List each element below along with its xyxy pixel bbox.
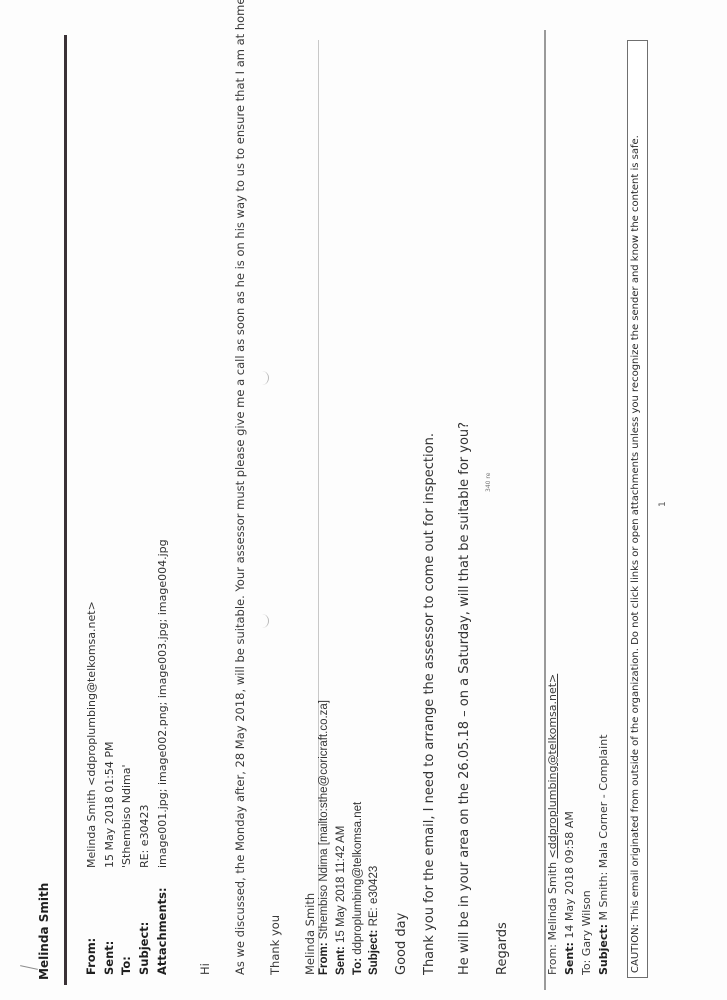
quoted-sent: Sent: 15 May 2018 11:42 AM (335, 826, 347, 975)
scanned-email-page: Melinda Smith From: Sent: To: Subject: A… (0, 0, 727, 1000)
quoted2-from: From: Melinda Smith <ddproplumbing@telko… (546, 674, 559, 975)
attachments-label: Attachments: (155, 887, 169, 975)
quoted2-to-label: To: (580, 960, 593, 975)
quoted2-from-email-link[interactable]: <ddproplumbing@telkomsa.net> (546, 674, 559, 859)
quoted-from: From: Sthembiso Ndima [mailto:sthe@coric… (318, 700, 330, 975)
quoted-sent-value: 15 May 2018 11:42 AM (335, 826, 347, 943)
quoted-greeting: Good day (394, 913, 409, 975)
sent-value: 15 May 2018 01:54 PM (103, 741, 116, 868)
from-value: Melinda Smith <ddproplumbing@telkomsa.ne… (85, 601, 98, 868)
quoted2-subject-label: Subject: (597, 924, 610, 975)
quoted-body-2: He will be in your area on the 26.05.18 … (457, 422, 472, 975)
from-label: From: (84, 938, 98, 975)
pen-mark (20, 965, 38, 970)
sent-label: Sent: (102, 941, 116, 975)
caution-banner: CAUTION: This email originated from outs… (627, 40, 648, 978)
quoted-closing: Regards (495, 922, 510, 975)
scan-artifact-arc (262, 371, 269, 385)
attachments-value[interactable]: image001.jpg; image002.png; image003.jpg… (156, 539, 169, 868)
quoted2-subject: Subject: M Smith: Mala Corner - Complain… (597, 734, 610, 975)
quoted-sent-label: Sent: (335, 946, 347, 975)
caution-text: CAUTION: This email originated from outs… (630, 135, 641, 973)
quoted2-to-value: Gary Wilson (580, 890, 593, 956)
header-divider (64, 35, 67, 985)
scan-artifact-text: 340 re (485, 473, 492, 492)
quoted-subject-label: Subject: (368, 930, 380, 975)
subject-label: Subject: (137, 922, 151, 975)
scan-artifact-arc (262, 614, 269, 628)
quoted2-to: To: Gary Wilson (580, 890, 593, 975)
to-value: 'Sthembiso Ndima' (120, 764, 133, 868)
quoted-subject-value: RE: e30423 (368, 866, 380, 927)
to-label: To: (119, 956, 133, 975)
quoted2-sent: Sent: 14 May 2018 09:58 AM (563, 811, 576, 975)
greeting: Hi (198, 963, 212, 975)
subject-value: RE: e30423 (138, 804, 151, 868)
document-title: Melinda Smith (37, 883, 51, 980)
quoted2-subject-value: M Smith: Mala Corner - Complaint (597, 734, 610, 920)
quoted-body-1: Thank you for the email, I need to arran… (422, 433, 437, 975)
quoted2-from-name: Melinda Smith (546, 858, 559, 940)
quoted-to-value[interactable]: ddproplumbing@telkomsa.net (352, 802, 364, 955)
quoted2-from-label: From: (546, 944, 559, 975)
signature: Melinda Smith (303, 893, 317, 975)
quoted-subject: Subject: RE: e30423 (368, 866, 380, 975)
quoted-from-label: From: (318, 942, 330, 975)
page-number: 1 (658, 501, 668, 507)
closing: Thank you (268, 915, 282, 975)
quoted-to-label: To: (352, 958, 364, 975)
quoted2-sent-value: 14 May 2018 09:58 AM (563, 811, 576, 938)
quoted-from-value[interactable]: Sthembiso Ndima [mailto:sthe@coricraft.c… (318, 700, 330, 939)
quoted2-sent-label: Sent: (563, 942, 576, 975)
quoted-to: To: ddproplumbing@telkomsa.net (352, 802, 364, 975)
message-body: As we discussed, the Monday after, 28 Ma… (233, 0, 247, 975)
